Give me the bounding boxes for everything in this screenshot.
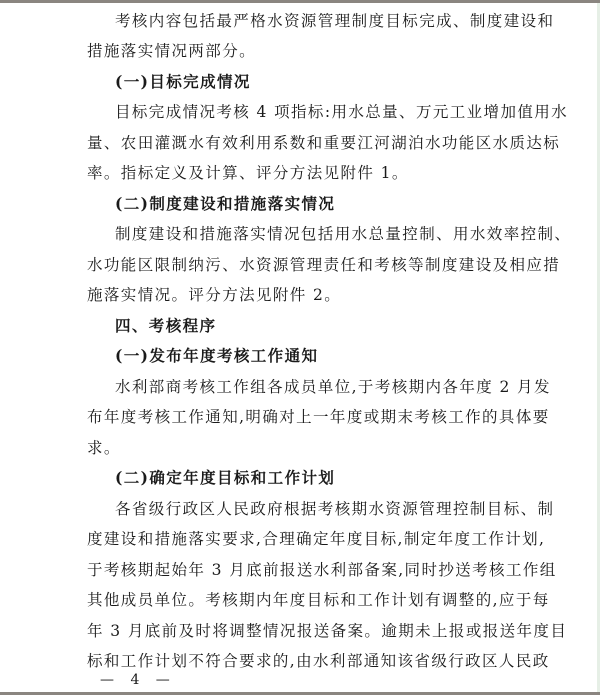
section-subheading: (一)目标完成情况	[115, 72, 251, 92]
section-subheading: (一)发布年度考核工作通知	[115, 346, 318, 366]
paragraph-line: 率。指标定义及计算、评分方法见附件 1。	[87, 163, 409, 183]
paragraph-line: 标和工作计划不符合要求的,由水利部通知该省级行政区人民政	[87, 651, 550, 671]
paragraph-line: 措施落实情况两部分。	[87, 41, 256, 61]
document-page: 考核内容包括最严格水资源管理制度目标完成、制度建设和 措施落实情况两部分。 (一…	[0, 0, 600, 695]
paragraph-line: 水利部商考核工作组各成员单位,于考核期内各年度 2 月发	[115, 377, 551, 397]
paragraph-line: 考核内容包括最严格水资源管理制度目标完成、制度建设和	[115, 11, 554, 31]
page-number: — 4 —	[100, 672, 176, 688]
section-heading: 四、考核程序	[115, 316, 216, 336]
paragraph-line: 其他成员单位。考核期内年度目标和工作计划有调整的,应于每	[87, 590, 550, 610]
paragraph-line: 布年度考核工作通知,明确对上一年度或期末考核工作的具体要	[87, 407, 550, 427]
paragraph-line: 水功能区限制纳污、水资源管理责任和考核等制度建设及相应措	[87, 255, 560, 275]
section-subheading: (二)确定年度目标和工作计划	[115, 468, 335, 488]
section-subheading: (二)制度建设和措施落实情况	[115, 194, 335, 214]
paragraph-line: 于考核期起始年 3 月底前报送水利部备案,同时抄送考核工作组	[87, 560, 557, 580]
paragraph-line: 施落实情况。评分方法见附件 2。	[87, 285, 341, 305]
paragraph-line: 目标完成情况考核 4 项指标:用水总量、万元工业增加值用水	[115, 102, 568, 122]
paragraph-line: 度建设和措施落实要求,合理确定年度目标,制定年度工作计划,	[87, 529, 545, 549]
paragraph-line: 各省级行政区人民政府根据考核期水资源管理控制目标、制	[115, 499, 554, 519]
paragraph-line: 量、农田灌溉水有效利用系数和重要江河湖泊水功能区水质达标	[87, 133, 560, 153]
paragraph-line: 求。	[87, 438, 121, 458]
paragraph-line: 制度建设和措施落实情况包括用水总量控制、用水效率控制、	[115, 224, 571, 244]
paragraph-line: 年 3 月底前及时将调整情况报送备案。逾期未上报或报送年度目	[87, 621, 567, 641]
